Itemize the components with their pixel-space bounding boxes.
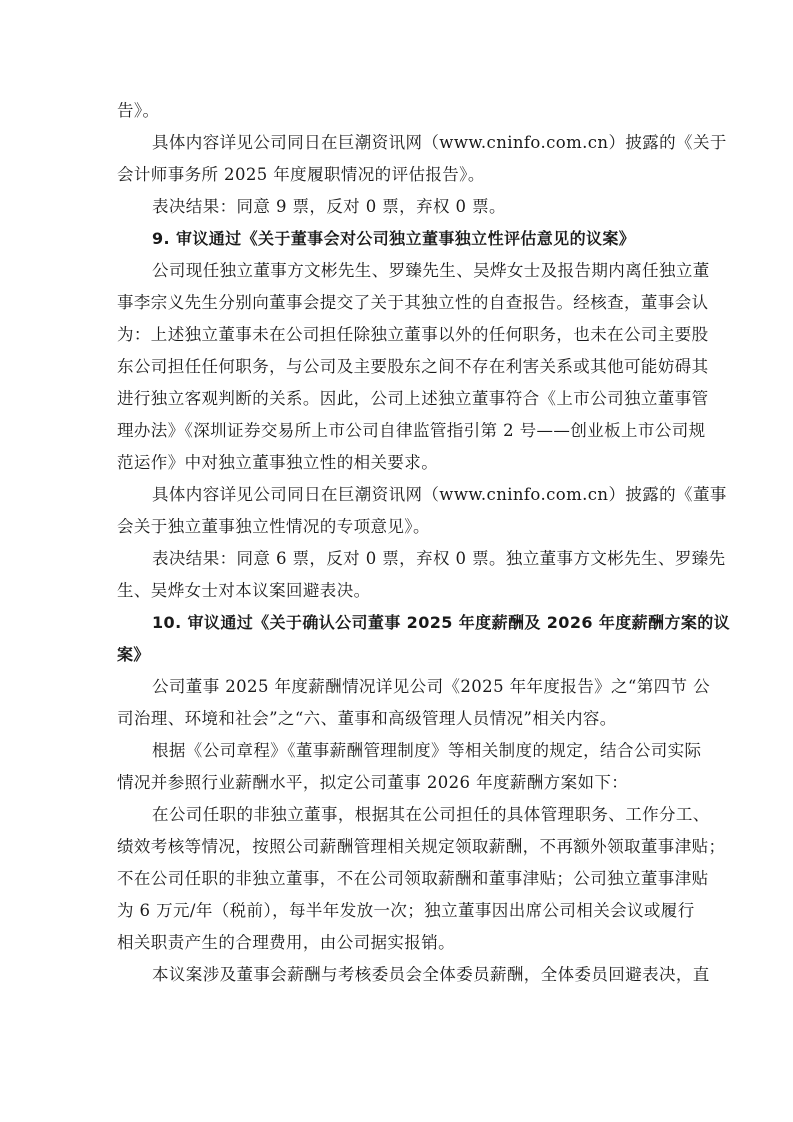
text-line: 公司董事 2025 年度薪酬情况详见公司《2025 年年度报告》之“第四节 公 bbox=[152, 676, 677, 698]
text-line: 事李宗义先生分别向董事会提交了关于其独立性的自查报告。经核查，董事会认 bbox=[117, 292, 677, 314]
text-line: 东公司担任任何职务，与公司及主要股东之间不存在利害关系或其他可能妨碍其 bbox=[117, 356, 677, 378]
text-line-disclosure-1-end: 会计师事务所 2025 年度履职情况的评估报告》。 bbox=[117, 164, 677, 186]
vote-result-9-end: 生、吴烨女士对本议案回避表决。 bbox=[117, 580, 677, 602]
vote-result-8: 表决结果：同意 9 票，反对 0 票，弃权 0 票。 bbox=[152, 196, 712, 218]
text-line: 根据《公司章程》《董事薪酬管理制度》等相关制度的规定，结合公司实际 bbox=[152, 740, 677, 762]
text-line: 理办法》《深圳证券交易所上市公司自律监管指引第 2 号——创业板上市公司规 bbox=[117, 420, 677, 442]
text-line: 绩效考核等情况，按照公司薪酬管理相关规定领取薪酬，不再额外领取董事津贴； bbox=[117, 836, 677, 858]
document-page: 告》。 具体内容详见公司同日在巨潮资讯网（www.cninfo.com.cn）披… bbox=[0, 0, 793, 1122]
text-line: 本议案涉及董事会薪酬与考核委员会全体委员薪酬，全体委员回避表决，直 bbox=[152, 964, 677, 986]
text-line-disclosure-2-end: 会关于独立董事独立性情况的专项意见》。 bbox=[117, 516, 677, 538]
text-line: 为：上述独立董事未在公司担任除独立董事以外的任何职务，也未在公司主要股 bbox=[117, 324, 677, 346]
section-heading-9: 9. 审议通过《关于董事会对公司独立董事独立性评估意见的议案》 bbox=[152, 228, 712, 250]
section-heading-10-end: 案》 bbox=[117, 644, 677, 666]
text-line: 情况并参照行业薪酬水平，拟定公司董事 2026 年度薪酬方案如下： bbox=[117, 772, 677, 794]
section-heading-10: 10. 审议通过《关于确认公司董事 2025 年度薪酬及 2026 年度薪酬方案… bbox=[152, 612, 677, 634]
text-line-disclosure-1: 具体内容详见公司同日在巨潮资讯网（www.cninfo.com.cn）披露的《关… bbox=[152, 132, 677, 154]
text-line: 不在公司任职的非独立董事，不在公司领取薪酬和董事津贴；公司独立董事津贴 bbox=[117, 868, 677, 890]
text-line: 范运作》中对独立董事独立性的相关要求。 bbox=[117, 452, 677, 474]
vote-result-9: 表决结果：同意 6 票，反对 0 票，弃权 0 票。独立董事方文彬先生、罗臻先 bbox=[152, 548, 677, 570]
text-line: 进行独立客观判断的关系。因此，公司上述独立董事符合《上市公司独立董事管 bbox=[117, 388, 677, 410]
text-line: 司治理、环境和社会”之“六、董事和高级管理人员情况”相关内容。 bbox=[117, 708, 677, 730]
text-line: 在公司任职的非独立董事，根据其在公司担任的具体管理职务、工作分工、 bbox=[152, 804, 677, 826]
text-line-continuation: 告》。 bbox=[117, 100, 677, 122]
text-line: 公司现任独立董事方文彬先生、罗臻先生、吴烨女士及报告期内离任独立董 bbox=[152, 260, 677, 282]
text-line-disclosure-2: 具体内容详见公司同日在巨潮资讯网（www.cninfo.com.cn）披露的《董… bbox=[152, 484, 677, 506]
text-line: 为 6 万元/年（税前），每半年发放一次；独立董事因出席公司相关会议或履行 bbox=[117, 900, 677, 922]
text-line: 相关职责产生的合理费用，由公司据实报销。 bbox=[117, 932, 677, 954]
